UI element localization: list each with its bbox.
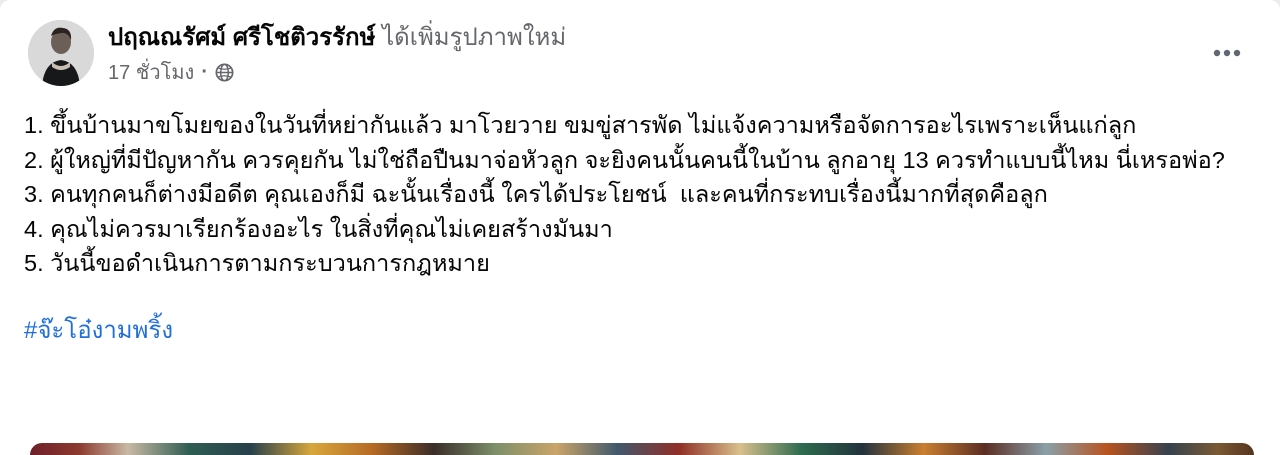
header-text: ปฤณณรัศม์ ศรีโชติวรรักษ์ ได้เพิ่มรูปภาพใ…: [108, 20, 1198, 88]
post-header: ปฤณณรัศม์ ศรีโชติวรรักษ์ ได้เพิ่มรูปภาพใ…: [0, 0, 1280, 96]
post-line: 2. ผู้ใหญ่ที่มีปัญหากัน ควรคุยกัน ไม่ใช่…: [24, 143, 1258, 178]
post-body: 1. ขึ้นบ้านมาขโมยของในวันที่หย่ากันแล้ว …: [0, 96, 1280, 348]
meta-separator: ·: [201, 61, 208, 84]
post-meta: 17 ชั่วโมง ·: [108, 56, 1198, 88]
avatar[interactable]: [28, 20, 94, 86]
hashtag-link[interactable]: #จ๊ะโอ๋งามพริ้ง: [24, 317, 173, 344]
post-line: 4. คุณไม่ควรมาเรียกร้องอะไร ในสิ่งที่คุณ…: [24, 212, 1258, 247]
author-name[interactable]: ปฤณณรัศม์ ศรีโชติวรรักษ์: [108, 24, 375, 51]
attached-photo-preview[interactable]: [30, 443, 1254, 455]
title-line: ปฤณณรัศม์ ศรีโชติวรรักษ์ ได้เพิ่มรูปภาพใ…: [108, 22, 1198, 54]
timestamp[interactable]: 17 ชั่วโมง: [108, 56, 194, 88]
avatar-portrait: [28, 20, 94, 86]
globe-icon: [215, 63, 234, 82]
post-action-text: ได้เพิ่มรูปภาพใหม่: [382, 24, 566, 51]
post-menu-button[interactable]: [1198, 38, 1256, 68]
post-line: 5. วันนี้ขอดำเนินการตามกระบวนการกฎหมาย: [24, 246, 1258, 281]
post-line: 3. คนทุกคนก็ต่างมีอดีต คุณเองก็มี ฉะนั้น…: [24, 177, 1258, 212]
post-line: 1. ขึ้นบ้านมาขโมยของในวันที่หย่ากันแล้ว …: [24, 108, 1258, 143]
ellipsis-icon: [1212, 48, 1242, 58]
hashtag-row: #จ๊ะโอ๋งามพริ้ง: [24, 313, 1258, 349]
post-card: ปฤณณรัศม์ ศรีโชติวรรักษ์ ได้เพิ่มรูปภาพใ…: [0, 0, 1280, 455]
